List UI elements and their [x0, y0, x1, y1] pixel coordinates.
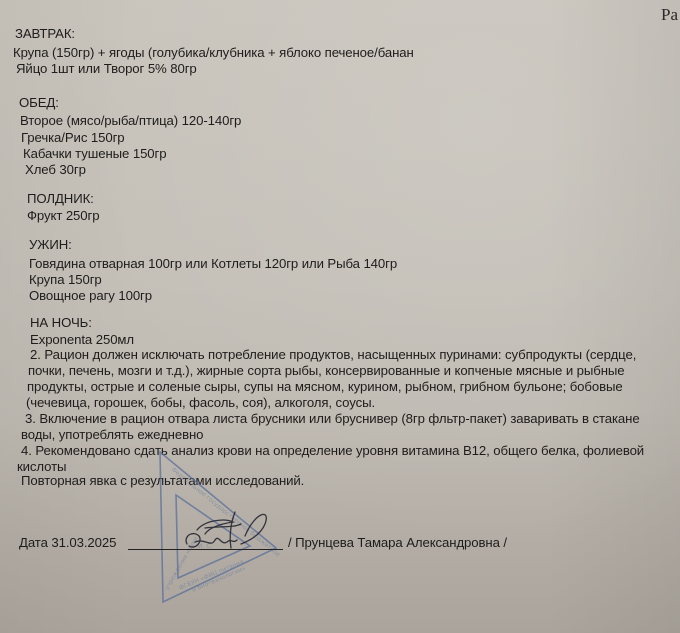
- follow-up-note: Повторная явка с результатами исследован…: [21, 473, 304, 488]
- recommendation-2-line: (чечевица, горошек, бобы, фасоль, соя), …: [26, 395, 375, 410]
- dinner-line: Говядина отварная 100гр или Котлеты 120г…: [29, 256, 397, 271]
- night-line: Exponenta 250мл: [30, 332, 134, 347]
- snack-line: Фрукт 250гр: [27, 208, 99, 223]
- recommendation-4-line: кислоты: [17, 459, 66, 474]
- lunch-line: Хлеб 30гр: [25, 162, 86, 177]
- breakfast-heading: ЗАВТРАК:: [15, 26, 75, 41]
- dinner-line: Крупа 150гр: [29, 272, 102, 287]
- recommendation-2-line: почки, печень, мозги и т.д.), жирные сор…: [28, 363, 625, 378]
- dinner-heading: УЖИН:: [29, 237, 72, 252]
- svg-text:учреждение науки: учреждение науки: [164, 536, 200, 591]
- lunch-line: Гречка/Рис 150гр: [21, 130, 125, 145]
- corner-mark: Ра: [661, 5, 678, 25]
- recommendation-3-line: воды, употреблять ежедневно: [21, 427, 203, 442]
- recommendation-3-line: 3. Включение в рацион отвара листа брусн…: [25, 411, 640, 426]
- lunch-line: Кабачки тушеные 150гр: [23, 146, 166, 161]
- date-label: Дата 31.03.2025: [19, 535, 116, 550]
- doctor-name: / Прунцева Тамара Александровна /: [288, 535, 507, 550]
- lunch-heading: ОБЕД:: [19, 95, 59, 110]
- recommendation-2-line: 2. Рацион должен исключать потребление п…: [30, 347, 636, 362]
- breakfast-line: Яйцо 1шт или Творог 5% 80гр: [16, 61, 197, 76]
- recommendation-4-line: 4. Рекомендовано сдать анализ крови на о…: [21, 443, 644, 458]
- night-heading: НА НОЧЬ:: [30, 315, 92, 330]
- recommendation-2-line: продукты, острые и соленые сыры, супы на…: [27, 379, 623, 394]
- signature-line: [128, 549, 283, 550]
- dinner-line: Овощное рагу 100гр: [29, 288, 152, 303]
- svg-text:и биотехнологии»: и биотехнологии»: [191, 565, 247, 594]
- snack-heading: ПОЛДНИК:: [27, 191, 94, 206]
- breakfast-line: Крупа (150гр) + ягоды (голубика/клубника…: [13, 45, 414, 60]
- lunch-line: Второе (мясо/рыба/птица) 120-140гр: [20, 113, 241, 128]
- svg-text:ФГБУН «ФИЦ питания: ФГБУН «ФИЦ питания: [178, 558, 245, 592]
- signature-icon: [175, 508, 275, 558]
- stamp-icon: Федеральное государственное бюджетное уч…: [118, 440, 298, 620]
